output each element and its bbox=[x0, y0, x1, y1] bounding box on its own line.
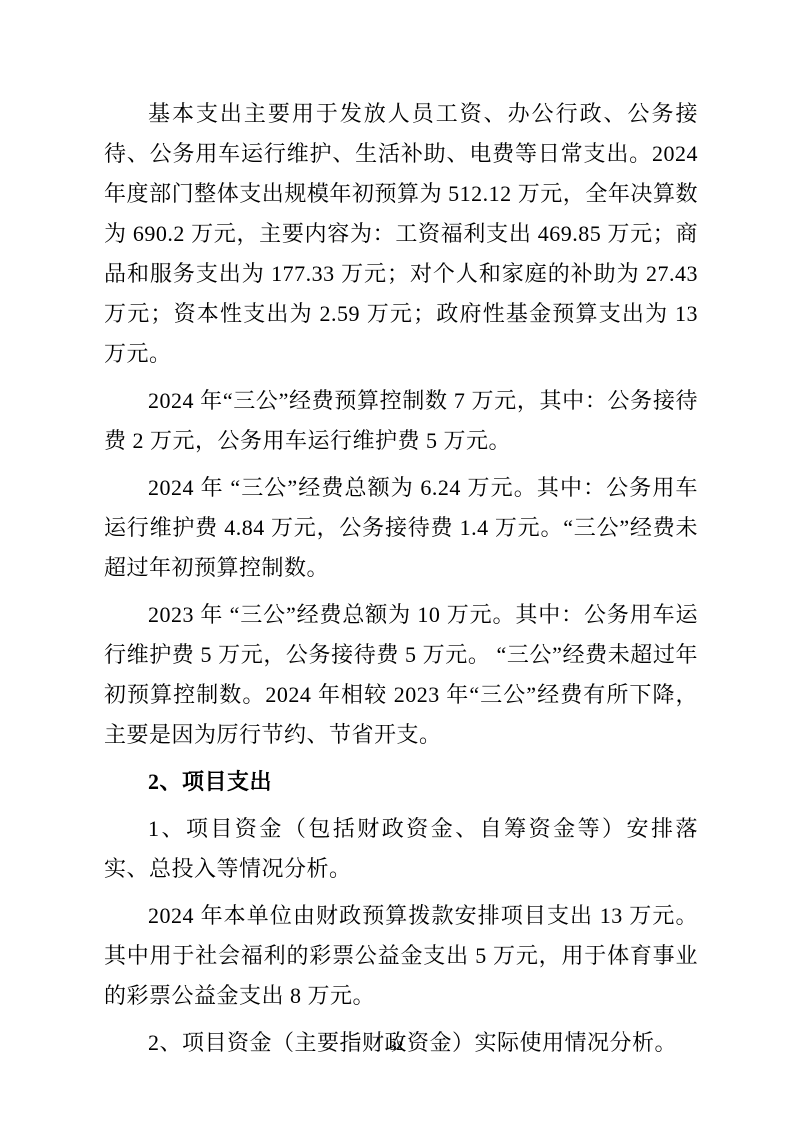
paragraph-2024-project-expenditure-detail: 2024 年本单位由财政预算拨款安排项目支出 13 万元。其中用于社会福利的彩票… bbox=[104, 896, 698, 1016]
paragraph-2024-sangong-budget-control: 2024 年“三公”经费预算控制数 7 万元，其中：公务接待费 2 万元，公务用… bbox=[104, 381, 698, 461]
page-number: 32 bbox=[0, 1038, 793, 1054]
section-heading-project-expenditure: 2、项目支出 bbox=[104, 762, 698, 802]
paragraph-2023-sangong-total: 2023 年 “三公”经费总额为 10 万元。其中：公务用车运行维护费 5 万元… bbox=[104, 595, 698, 755]
paragraph-project-funds-arrangement: 1、项目资金（包括财政资金、自筹资金等）安排落实、总投入等情况分析。 bbox=[104, 809, 698, 889]
paragraph-2024-sangong-total: 2024 年 “三公”经费总额为 6.24 万元。其中：公务用车运行维护费 4.… bbox=[104, 468, 698, 588]
document-page: 基本支出主要用于发放人员工资、办公行政、公务接待、公务用车运行维护、生活补助、电… bbox=[0, 0, 793, 1122]
document-body: 基本支出主要用于发放人员工资、办公行政、公务接待、公务用车运行维护、生活补助、电… bbox=[104, 94, 698, 1063]
paragraph-basic-expenditure: 基本支出主要用于发放人员工资、办公行政、公务接待、公务用车运行维护、生活补助、电… bbox=[104, 94, 698, 374]
